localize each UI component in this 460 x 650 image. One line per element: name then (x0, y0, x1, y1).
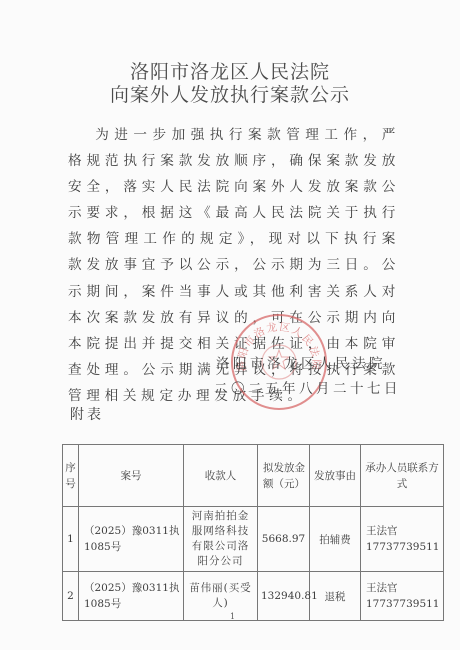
contact-phone: 17737739511 (366, 596, 440, 612)
cell-case-no: （2025）豫0311执1085号 (79, 507, 184, 572)
cell-seq: 2 (63, 572, 79, 621)
cell-case-no: （2025）豫0311执1085号 (79, 572, 184, 621)
annex-label: 附表 (70, 404, 104, 424)
signature-date: 二〇二五年八月二十七日 (214, 377, 401, 397)
table-row: 1 （2025）豫0311执1085号 河南拍拍金服网络科技有限公司洛阳分公司 … (63, 507, 444, 572)
header-case-no: 案号 (79, 445, 184, 507)
contact-name: 王法官 (366, 523, 440, 539)
header-amount: 拟发放金额（元） (258, 445, 310, 507)
table-row: 2 （2025）豫0311执1085号 苗伟丽(买受人) 132940.81 退… (63, 572, 444, 621)
header-reason: 发放事由 (310, 445, 361, 507)
cell-payee: 河南拍拍金服网络科技有限公司洛阳分公司 (184, 507, 258, 572)
document-title-line2: 向案外人发放执行案款公示 (0, 80, 460, 107)
cell-seq: 1 (63, 507, 79, 572)
cell-amount: 132940.81 (258, 572, 310, 621)
cell-amount: 5668.97 (258, 507, 310, 572)
header-contact: 承办人员联系方式 (361, 445, 444, 507)
contact-phone: 17737739511 (366, 539, 440, 555)
cell-reason: 拍辅费 (310, 507, 361, 572)
header-payee: 收款人 (184, 445, 258, 507)
page-number: 1 (230, 612, 235, 621)
table-header-row: 序号 案号 收款人 拟发放金额（元） 发放事由 承办人员联系方式 (63, 445, 444, 507)
cell-contact: 王法官 17737739511 (361, 507, 444, 572)
cell-contact: 王法官 17737739511 (361, 572, 444, 621)
header-seq: 序号 (63, 445, 79, 507)
cell-payee: 苗伟丽(买受人) (184, 572, 258, 621)
disbursement-table: 序号 案号 收款人 拟发放金额（元） 发放事由 承办人员联系方式 1 （2025… (62, 444, 444, 621)
contact-name: 王法官 (366, 580, 440, 596)
signature-organization: 洛阳市洛龙区人民法院 (216, 352, 386, 372)
